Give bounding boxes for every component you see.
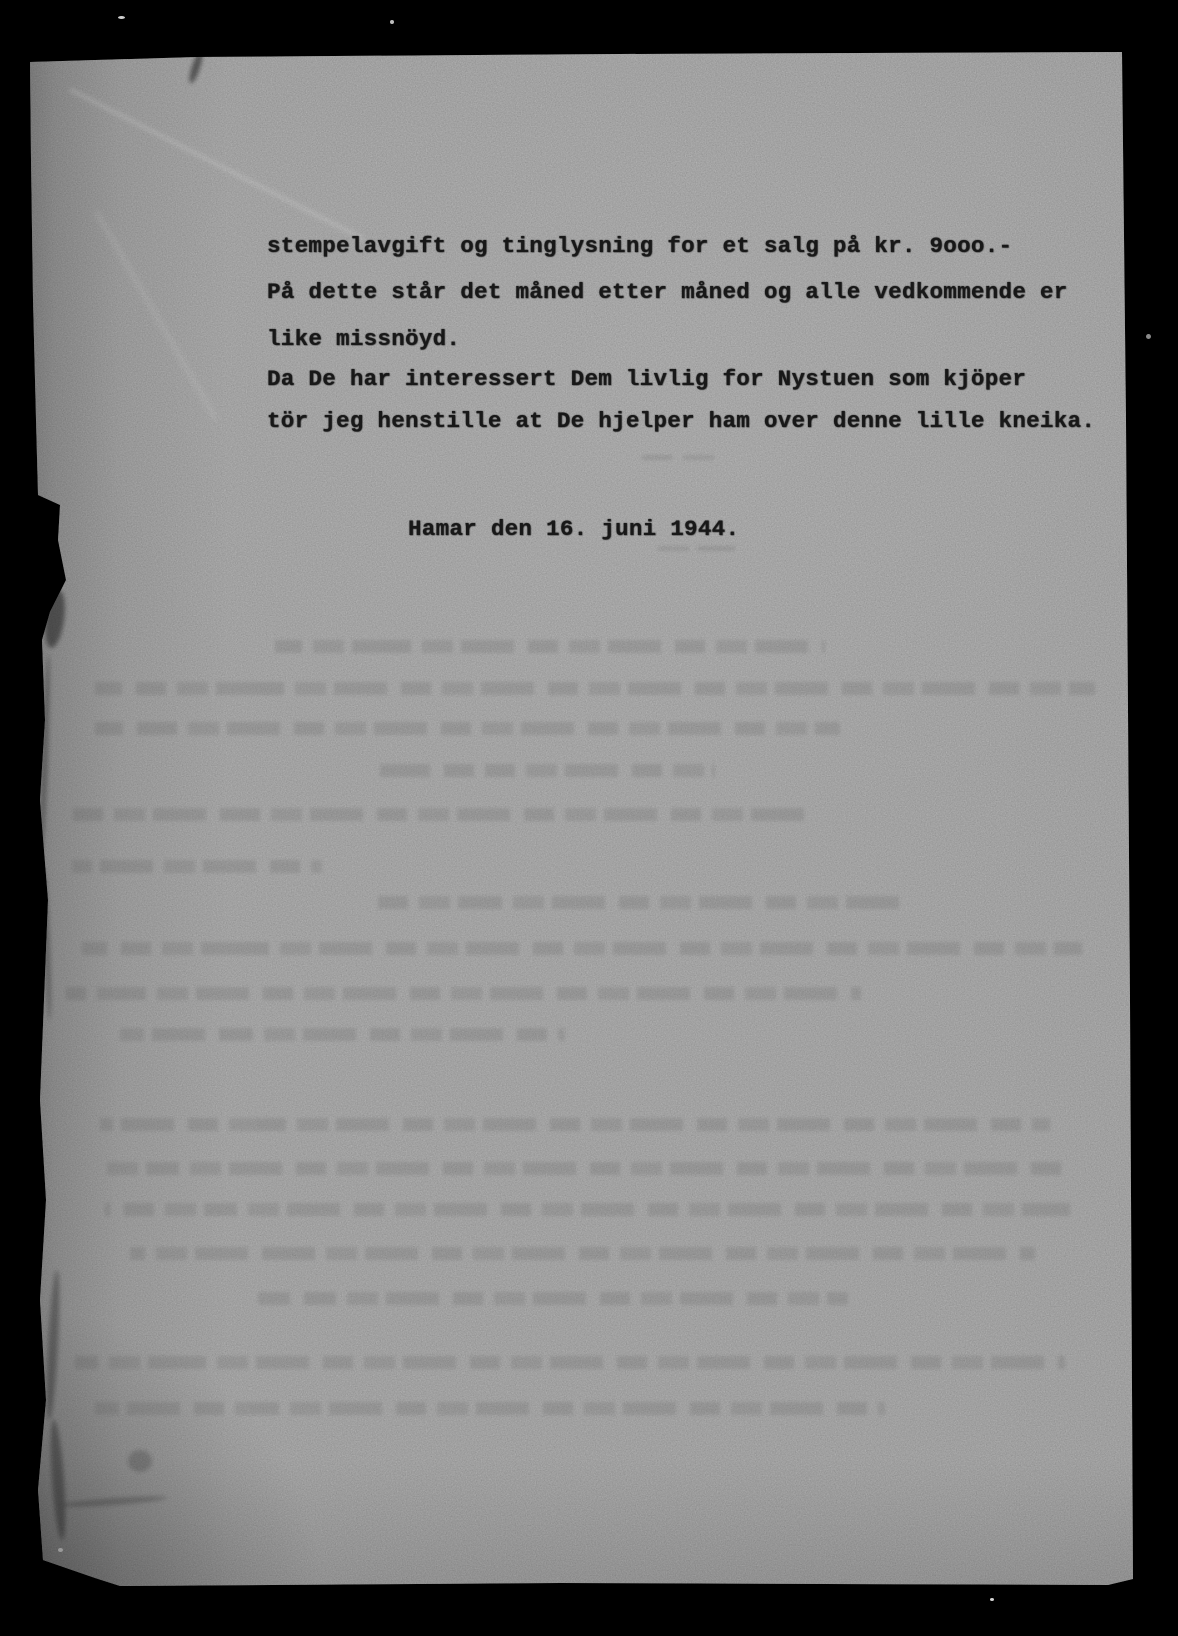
bleedthrough-line [120,1028,565,1041]
bleedthrough-line [380,764,715,777]
bleedthrough-line [642,455,722,460]
typed-line: like missnöyd. [267,326,460,352]
bleedthrough-line [95,682,1095,695]
typed-line: Da De har interessert Dem livlig for Nys… [267,366,1026,392]
typed-line: tör jeg henstille at De hjelper ham over… [267,408,1095,434]
bleedthrough-line [105,1203,1070,1216]
typed-line: På dette står det måned etter måned og a… [267,279,1068,305]
dust-speck [58,1548,63,1552]
edge-smudge [128,1450,152,1472]
dust-speck [990,1598,994,1601]
bleedthrough-line [258,1292,848,1305]
dust-speck [118,16,125,19]
bleedthrough-line [72,808,817,821]
typed-line: stempelavgift og tinglysning for et salg… [267,233,1012,259]
dust-speck [1146,334,1151,339]
bleedthrough-line [95,1402,885,1415]
bleedthrough-line [82,942,1082,955]
bleedthrough-line [75,1356,1065,1369]
bleedthrough-line [652,546,740,551]
document-page: stempelavgift og tinglysning for et salg… [0,0,1178,1636]
bleedthrough-line [72,860,322,873]
scan-background: stempelavgift og tinglysning for et salg… [0,0,1178,1636]
dust-speck [390,20,394,24]
bleedthrough-line [368,896,903,909]
bleedthrough-line [275,640,825,653]
bleedthrough-line [66,987,861,1000]
bleedthrough-line [100,1118,1050,1131]
bleedthrough-line [100,1162,1065,1175]
bleedthrough-line [130,1247,1035,1260]
typed-dateline: Hamar den 16. juni 1944. [408,516,739,542]
bleedthrough-line [95,722,840,735]
